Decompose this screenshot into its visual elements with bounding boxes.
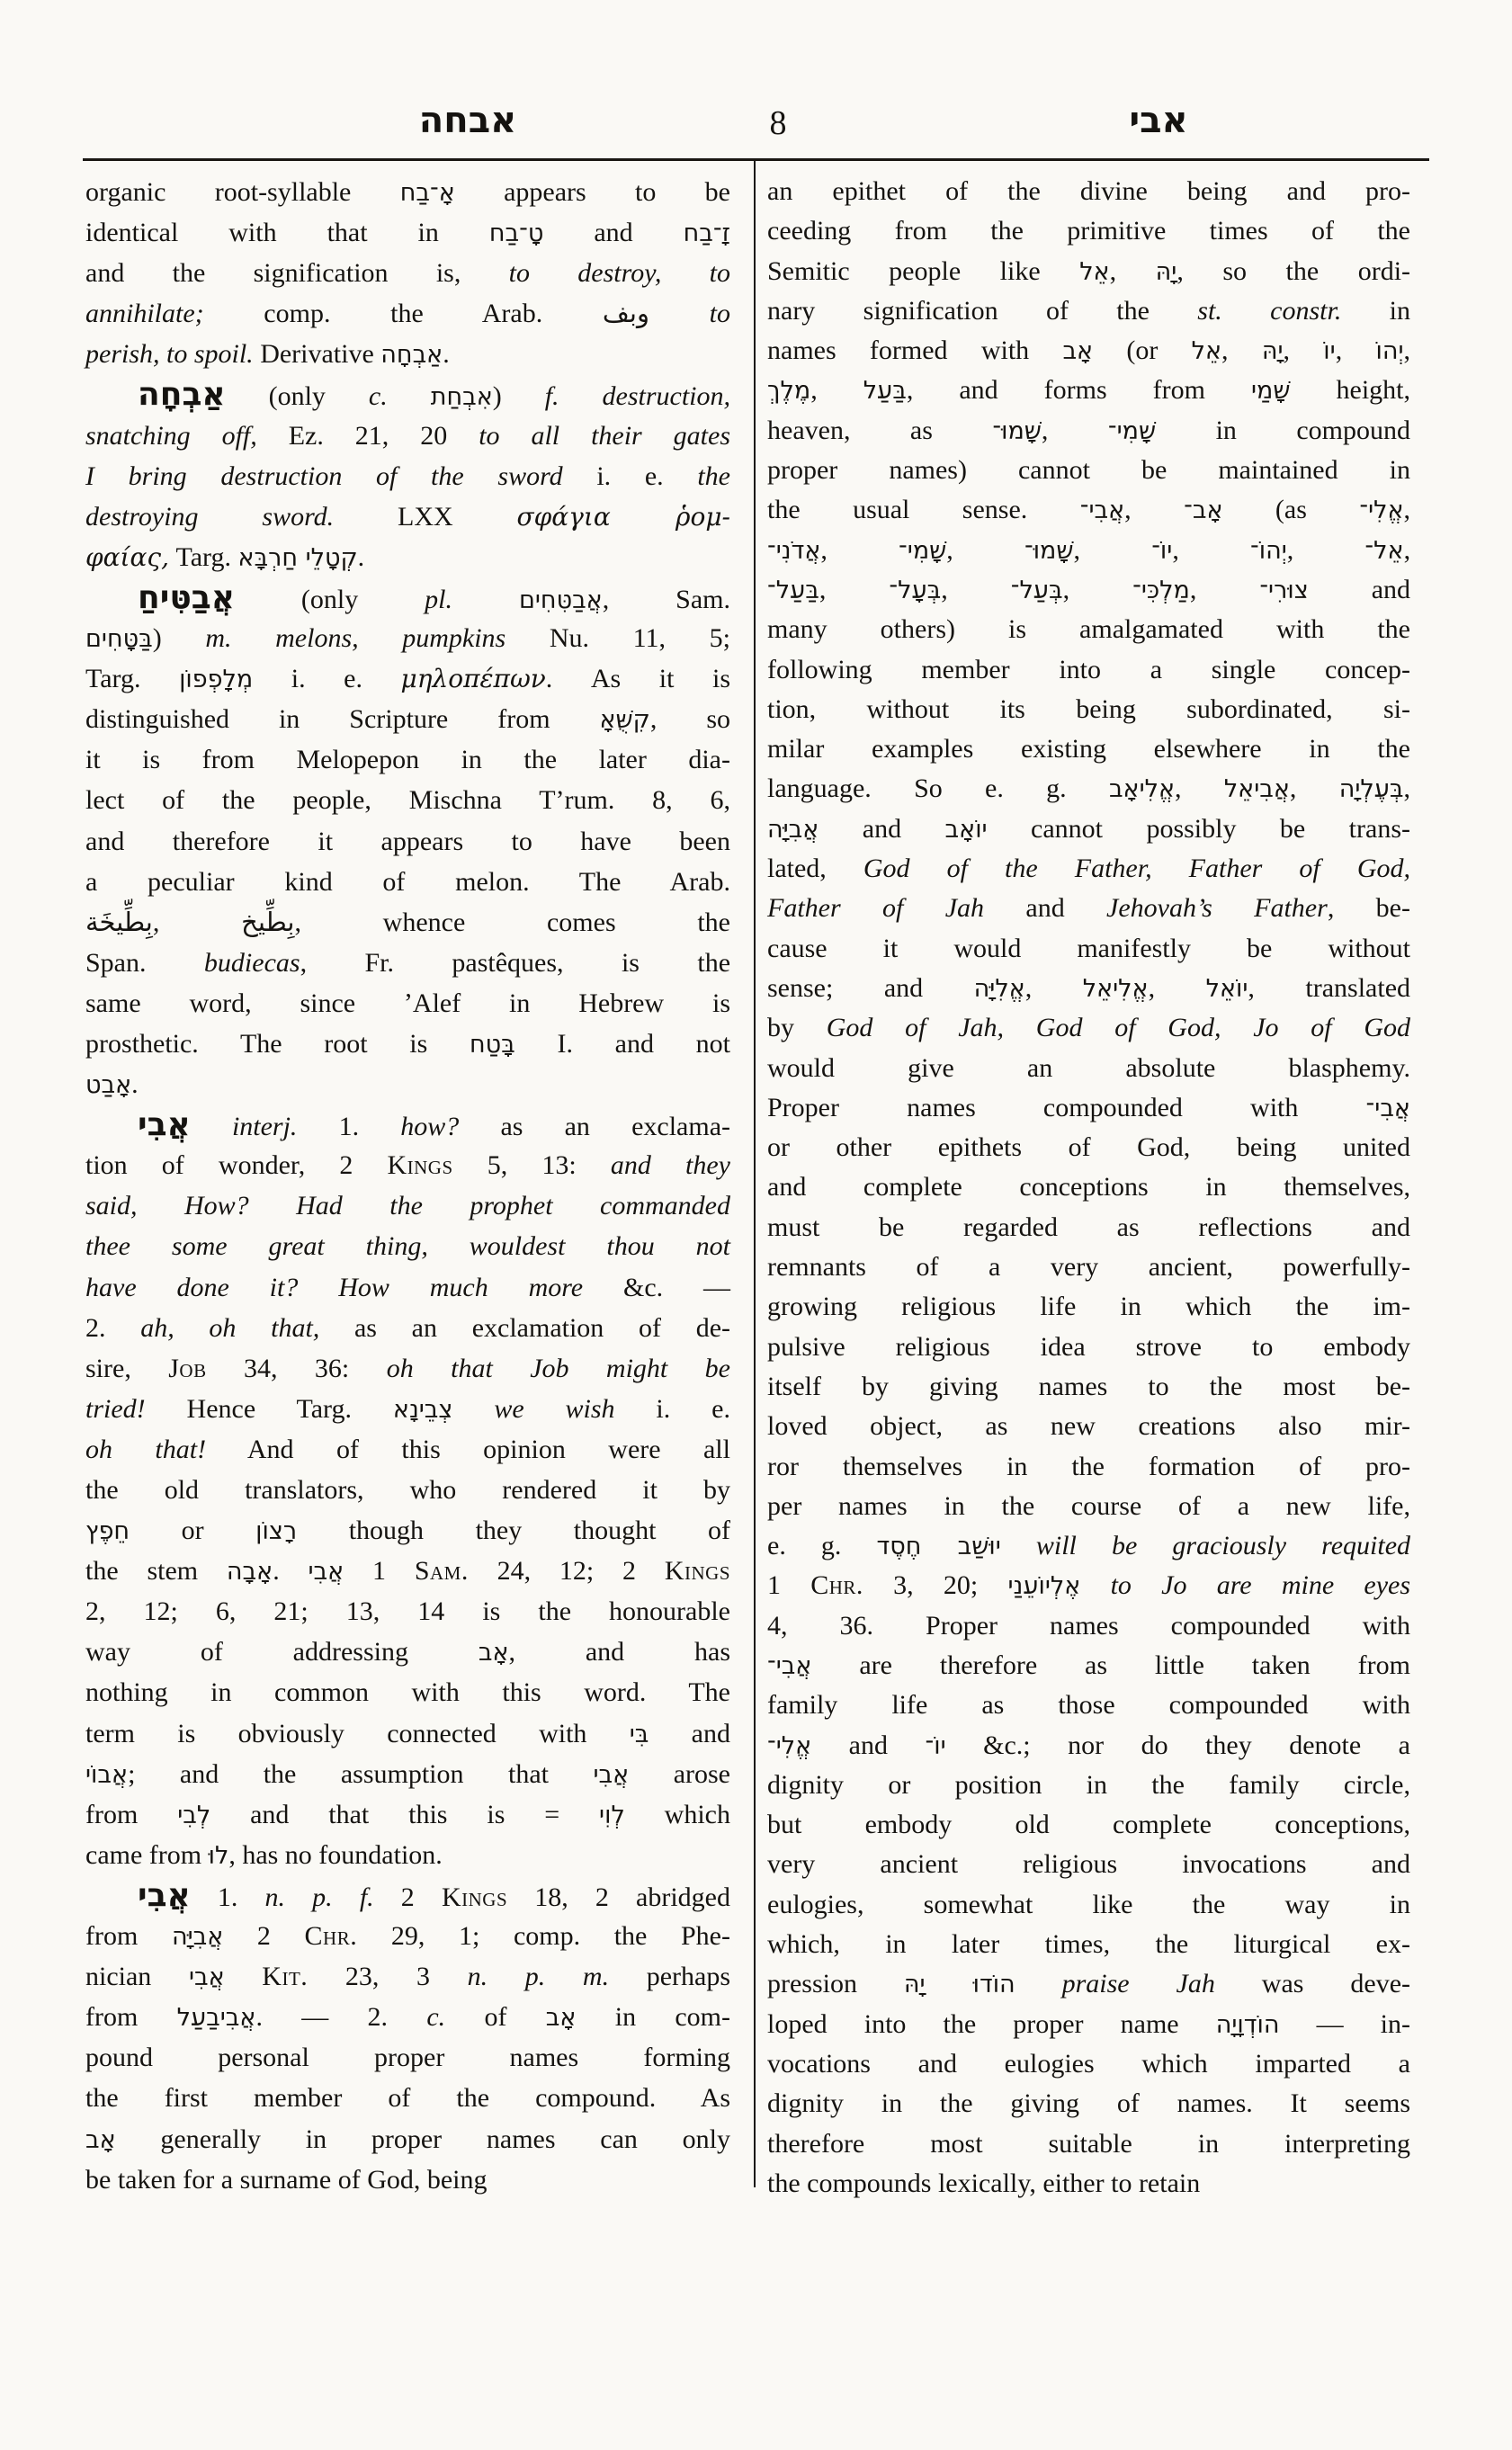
text-line: heaven, as שָׁמוּ־, שָׁמִי־ in compound (767, 411, 1410, 451)
text-line: אַבְחָה (only c. אִבְחַת) f. destruction… (85, 374, 730, 415)
text-line: which, in later times, the liturgical ex… (767, 1925, 1410, 1964)
text-line: the stem אָבָה. אֲבִי 1 Sam. 24, 12; 2 K… (85, 1551, 730, 1591)
text-line: lated, God of the Father, Father of God, (767, 849, 1410, 889)
hebrew-text: אֲבִיאֵל (1224, 775, 1290, 803)
text-line: pression הוֹדוּ יָהּ praise Jah was deve… (767, 1964, 1410, 2004)
text-run: 1. (297, 1112, 400, 1141)
hebrew-text: יְהוֹ (1375, 337, 1403, 365)
hebrew-text: אֶלְיוֹעֵנַי (1008, 1572, 1081, 1600)
text-line: have done it? How much more &c. — (85, 1267, 730, 1308)
text-run: family life as those compounded with (767, 1690, 1410, 1720)
hebrew-text: אָבַט (85, 1071, 131, 1099)
text-run: , (1221, 335, 1262, 365)
text-run: the compounds lexically, either to retai… (767, 2168, 1200, 2198)
hebrew-text: אֲדֹנִי־ (767, 537, 820, 565)
text-run: distinguished in Scripture from (85, 704, 600, 734)
smallcaps-reference: Sam. (415, 1556, 469, 1586)
hebrew-text: מַלְכִּי־ (1132, 577, 1190, 604)
text-line: would give an absolute blasphemy. (767, 1049, 1410, 1088)
text-line: same word, since ʼAlef in Hebrew is (85, 983, 730, 1024)
text-run: the first member of the compound. As (85, 2083, 730, 2113)
text-run: or (130, 1516, 255, 1545)
text-run: i. e. (615, 1394, 730, 1424)
hebrew-headword: אֲבִי (138, 1106, 191, 1143)
left-column: organic root-syllable אָ־בַח appears to … (85, 172, 730, 2200)
hebrew-text: אֲבִי־ (767, 1652, 811, 1680)
text-run: a peculiar kind of melon. The Arab. (85, 867, 730, 897)
text-line: annihilate; comp. the Arab. وبف to (85, 293, 730, 334)
text-run: from (85, 2002, 177, 2032)
text-line: destroying sword. LXX σφάγια ῥομ- (85, 496, 730, 537)
hebrew-text: מֶלֶךְ (767, 377, 810, 405)
text-run: , (1290, 773, 1339, 803)
text-line: the compounds lexically, either to retai… (767, 2164, 1410, 2204)
text-run: tion of wonder, 2 (85, 1150, 387, 1180)
hebrew-text: אָב (479, 1639, 509, 1667)
text-line: ceeding from the primitive times of the (767, 211, 1410, 251)
text-line: nary signification of the st. constr. in (767, 291, 1410, 331)
text-line: itself by giving names to the most be- (767, 1367, 1410, 1407)
italic-text: I bring destruction of the sword (85, 461, 563, 491)
text-run: — in- (1279, 2009, 1410, 2039)
text-line: tried! Hence Targ. צְבֵינָא we wish i. e… (85, 1389, 730, 1429)
italic-text: oh that Job might be (387, 1354, 730, 1383)
text-line: חֵפֶץ or רָצוֹן though they thought of (85, 1510, 730, 1551)
text-run: same word, since ʼAlef in Hebrew is (85, 988, 730, 1018)
text-run: 29, 1; comp. the Phe- (357, 1921, 730, 1951)
text-run: , so the ordi- (1176, 256, 1410, 286)
text-line: φαίας, Targ. קְטָלֵי חַרְבָּא. (85, 537, 730, 577)
text-line: tion of wonder, 2 Kings 5, 13: and they (85, 1145, 730, 1185)
text-run: height, (1291, 375, 1411, 405)
text-run: perhaps (609, 1962, 730, 1991)
text-line: be taken for a surname of God, being (85, 2159, 730, 2200)
text-run: 1 (344, 1556, 415, 1586)
hebrew-text: אָב (546, 2004, 577, 2032)
text-run: the old translators, who rendered it by (85, 1475, 730, 1505)
text-line: and therefore it appears to have been (85, 821, 730, 862)
text-run: 3, 20; (863, 1570, 1008, 1600)
hebrew-text: צוּרִי־ (1259, 577, 1308, 604)
hebrew-text: אֲבִיבַעַל (177, 2004, 256, 2032)
text-run: i. e. (253, 664, 400, 693)
text-run: And of this opinion were all (206, 1435, 730, 1464)
text-run: 4, 36. Proper names compounded with (767, 1611, 1410, 1641)
text-run: and (543, 218, 683, 247)
text-run: , Sam. (603, 585, 730, 614)
text-run: . (273, 1556, 308, 1586)
smallcaps-reference: Job (168, 1354, 206, 1383)
text-line: identical with that in טָ־בַח and זָ־בַח (85, 212, 730, 253)
text-line: אֲבַטִּיחַ (only pl. אֲבַטִּחִים, Sam. (85, 577, 730, 618)
text-run: the usual sense. (767, 495, 1080, 524)
italic-text: c. (426, 2002, 445, 2032)
text-run: arose (629, 1759, 730, 1789)
text-run: , (1110, 256, 1156, 286)
text-run: sire, (85, 1354, 168, 1383)
smallcaps-reference: Chr. (305, 1921, 358, 1951)
hebrew-text: יוּשַׁב חֶסֶד (877, 1533, 1001, 1560)
text-line: term is obviously connected with בִּי an… (85, 1713, 730, 1754)
text-line: 4, 36. Proper names compounded with (767, 1606, 1410, 1646)
greek-text: φαίας, (85, 542, 169, 572)
text-line: אֲדֹנִי־, שָׁמִי־, שָׁמוּ־, יוֹ־, יְהוֹ־… (767, 531, 1410, 570)
italic-text: st. constr. (1197, 296, 1341, 326)
text-run: ; and the assumption that (128, 1759, 593, 1789)
smallcaps-reference: Chr. (810, 1570, 863, 1600)
hebrew-text: שָׁמִי־ (1108, 417, 1156, 445)
text-run: 34, 36: (207, 1354, 387, 1383)
text-run: per names in the course of a new life, (767, 1491, 1410, 1521)
text-run: . (131, 1069, 139, 1099)
text-run: . — 2. (255, 2002, 426, 2032)
text-line: loped into the proper name הוֹדְוָיָה — … (767, 2005, 1410, 2044)
hebrew-text: אֲבַטִּחִים (519, 586, 603, 614)
text-run: ceeding from the primitive times of the (767, 216, 1410, 246)
text-line: an epithet of the divine being and pro- (767, 172, 1410, 211)
text-run: pulsive religious idea strove to embody (767, 1332, 1410, 1362)
text-run: milar examples existing elsewhere in the (767, 734, 1410, 764)
text-line: milar examples existing elsewhere in the (767, 729, 1410, 769)
text-line: I bring destruction of the sword i. e. t… (85, 456, 730, 496)
hebrew-text: אֵל־ (1364, 537, 1403, 565)
hebrew-text: יוֹאֵל (1206, 975, 1248, 1003)
text-line: oh that! And of this opinion were all (85, 1429, 730, 1470)
italic-text: m. melons, pumpkins (205, 623, 505, 653)
text-run: 1. (191, 1882, 265, 1912)
text-run: vocations and eulogies which imparted a (767, 2049, 1410, 2079)
text-run: lect of the people, Mischna T’rum. 8, 6, (85, 785, 730, 815)
text-run: 2. (85, 1313, 140, 1343)
text-line: names formed with אָב (or אֵל, יָהּ, יוֹ… (767, 331, 1410, 371)
text-run: , translated (1248, 973, 1410, 1003)
hebrew-text: בַּעַל־ (767, 577, 819, 604)
text-line: family life as those compounded with (767, 1685, 1410, 1725)
text-line: אֲבִי־ are therefore as little taken fro… (767, 1646, 1410, 1685)
text-line: Proper names compounded with אֲבִי־ (767, 1088, 1410, 1128)
hebrew-text: אֱלִי־ (767, 1732, 811, 1760)
text-run: would give an absolute blasphemy. (767, 1053, 1410, 1083)
text-run: , (1149, 973, 1206, 1003)
text-line: many others) is amalgamated with the (767, 610, 1410, 649)
italic-text: thee some great thing, wouldest thou not (85, 1231, 730, 1261)
text-line: language. So e. g. אֱלִיאָב, אֲבִיאֵל, ב… (767, 769, 1410, 809)
text-run: 5, 13: (453, 1150, 611, 1180)
text-run (452, 1394, 494, 1424)
hebrew-text: שָׁמוּ־ (1024, 537, 1074, 565)
text-line: the usual sense. אֲבִי־, אָב־ (as אֱלִי־… (767, 490, 1410, 530)
text-run: many others) is amalgamated with the (767, 614, 1410, 644)
text-run: must be regarded as reflections and (767, 1212, 1410, 1242)
hebrew-text: אֱלִי־ (1359, 496, 1403, 524)
text-run: remnants of a very ancient, powerfully- (767, 1252, 1410, 1282)
text-run: LXX (334, 502, 516, 532)
smallcaps-reference: Kit. (262, 1962, 308, 1991)
text-run: , Fr. pastêques, is the (300, 948, 730, 978)
italic-text: interj. (232, 1112, 298, 1141)
hebrew-text: בִּי (630, 1721, 649, 1748)
text-run: , (810, 375, 863, 405)
hebrew-text: אֵל (1079, 258, 1109, 286)
hebrew-text: זָ־בַח (684, 219, 730, 247)
text-run: Semitic people like (767, 256, 1079, 286)
hebrew-text: שָׁמִי־ (899, 537, 946, 565)
text-run: way of addressing (85, 1637, 479, 1667)
text-line: sense; and אֱלִיָּה, אֱלִיאֵל, יוֹאֵל, t… (767, 969, 1410, 1008)
hebrew-text: קִשֻּׁאָ (600, 706, 650, 734)
text-run: following member into a single concep- (767, 655, 1410, 684)
text-run: though they thought of (297, 1516, 730, 1545)
italic-text: budiecas (204, 948, 300, 978)
hebrew-text: אָבָה (227, 1558, 273, 1586)
arabic-text: وبف (603, 298, 649, 328)
greek-text: μηλοπέπων (401, 664, 546, 693)
text-run: , (1042, 416, 1108, 445)
text-run: identical with that in (85, 218, 489, 247)
hebrew-text: בָּטַח (470, 1031, 515, 1059)
italic-text: God of Jah, God of God, Jo of God (827, 1013, 1410, 1042)
dictionary-page: אבחה 8 אבי organic root-syllable אָ־בַח … (0, 0, 1512, 2450)
right-column: an epithet of the divine being and pro-c… (767, 172, 1410, 2204)
text-run: Derivative (254, 339, 381, 369)
text-run: and (1309, 575, 1410, 604)
text-line: tion, without its being subordinated, si… (767, 690, 1410, 729)
hebrew-text: אֵל (1192, 337, 1221, 365)
italic-text: to all their gates (479, 421, 730, 451)
text-run: Hence Targ. (146, 1394, 393, 1424)
text-run: which, in later times, the liturgical ex… (767, 1929, 1410, 1959)
text-line: vocations and eulogies which imparted a (767, 2044, 1410, 2084)
hebrew-text: אָב (1062, 337, 1093, 365)
text-run: &c. — (583, 1273, 730, 1302)
text-run: of (445, 2002, 546, 2032)
text-line: and the signification is, to destroy, to (85, 253, 730, 293)
hebrew-text: אֲבִי־ (1080, 496, 1124, 524)
text-run: e. g. (767, 1531, 877, 1560)
text-line: therefore most suitable in interpreting (767, 2124, 1410, 2164)
text-run: are therefore as little taken from (811, 1650, 1410, 1680)
hebrew-text: אֱלִיאָב (1109, 775, 1175, 803)
text-line: but embody old complete conceptions, (767, 1805, 1410, 1845)
text-line: pulsive religious idea strove to embody (767, 1328, 1410, 1367)
text-line: very ancient religious invocations and (767, 1845, 1410, 1884)
hebrew-text: יוֹ־ (925, 1732, 945, 1760)
hebrew-text: בְּעֶלְיָה (1339, 775, 1404, 803)
text-run: nothing in common with this word. The (85, 1677, 730, 1707)
hebrew-headword: אֲבַטִּיחַ (138, 579, 235, 616)
hebrew-text: יָהּ (1156, 258, 1177, 286)
text-run: names formed with (767, 335, 1062, 365)
text-line: distinguished in Scripture from קִשֻּׁאָ… (85, 699, 730, 739)
text-line: following member into a single concep- (767, 650, 1410, 690)
hebrew-text: בְּעָל־ (889, 577, 941, 604)
text-run: sense; and (767, 973, 974, 1003)
text-line: אָב generally in proper names can only (85, 2119, 730, 2159)
hebrew-text: אֱלִיאֵל (1083, 975, 1149, 1003)
text-line: prosthetic. The root is בָּטַח I. and no… (85, 1024, 730, 1064)
text-line: by God of Jah, God of God, Jo of God (767, 1008, 1410, 1048)
text-run: Nu. 11, 5; (505, 623, 730, 653)
text-run: , (1175, 773, 1224, 803)
text-run: an epithet of the divine being and pro- (767, 176, 1410, 206)
text-line: בַּעַל־, בְּעָל־, בְּעַל־, מַלְכִּי־, צו… (767, 570, 1410, 610)
text-line: sire, Job 34, 36: oh that Job might be (85, 1348, 730, 1389)
hebrew-text: יוֹ (1323, 337, 1335, 365)
text-line: and complete conceptions in themselves, (767, 1167, 1410, 1207)
hebrew-text: אֲבִיָּה (172, 1923, 223, 1951)
text-run: lated, (767, 854, 863, 883)
text-run: , (820, 535, 899, 565)
text-run: and (811, 1730, 925, 1760)
text-run: heaven, as (767, 416, 992, 445)
text-run: in (1341, 296, 1410, 326)
text-run: &c.; nor do they denote a (946, 1730, 1410, 1760)
text-run: therefore most suitable in interpreting (767, 2129, 1410, 2159)
hebrew-text: יוֹ־ (1151, 537, 1172, 565)
text-run: . As it is (546, 664, 730, 693)
text-run: but embody old complete conceptions, (767, 1810, 1410, 1839)
text-line: אֲבִי 1. n. p. f. 2 Kings 18, 2 abridged (85, 1875, 730, 1916)
text-line: proper names) cannot be maintained in (767, 451, 1410, 490)
italic-text: Jehovah’s Father (1106, 893, 1328, 923)
hebrew-headword: אַבְחָה (138, 376, 226, 413)
text-line: a peculiar kind of melon. The Arab. (85, 862, 730, 902)
text-line: eulogies, somewhat like the way in (767, 1885, 1410, 1925)
text-line: nician אֲבִי Kit. 23, 3 n. p. m. perhaps (85, 1956, 730, 1997)
text-run: it is from Melopepon in the later dia- (85, 745, 730, 774)
text-run: in com- (576, 2002, 730, 2032)
text-run: from (85, 1800, 177, 1829)
text-run (388, 381, 431, 411)
hebrew-headword: אֲבִי (138, 1877, 191, 1914)
text-line: e. g. יוּשַׁב חֶסֶד will be graciously r… (767, 1526, 1410, 1566)
italic-text: and they (611, 1150, 730, 1180)
text-run: , (1404, 495, 1411, 524)
italic-text: ah, oh that, (140, 1313, 319, 1343)
text-run: 2 (223, 1921, 304, 1951)
text-run (1001, 1531, 1036, 1560)
text-line: organic root-syllable אָ־בַח appears to … (85, 172, 730, 212)
text-line: way of addressing אָב, and has (85, 1632, 730, 1672)
text-line: nothing in common with this word. The (85, 1672, 730, 1712)
hebrew-text: רָצוֹן (255, 1517, 297, 1545)
italic-text: to destroy, to (509, 258, 730, 288)
smallcaps-reference: Kings (442, 1882, 507, 1912)
text-run: appears to be (455, 177, 730, 207)
text-line: per names in the course of a new life, (767, 1487, 1410, 1526)
hebrew-text: טָ־בַח (489, 219, 544, 247)
hebrew-text: אַבְחָה (380, 341, 443, 369)
hebrew-text: מְלָפְפוֹן (179, 666, 253, 693)
text-run (649, 299, 710, 328)
text-run: , has no foundation. (228, 1840, 442, 1870)
hebrew-text: צְבֵינָא (393, 1396, 453, 1424)
hebrew-text: שָׁמוּ־ (992, 417, 1042, 445)
text-line: the first member of the compound. As (85, 2078, 730, 2118)
italic-text: will be graciously requited (1036, 1531, 1410, 1560)
text-run: as an exclama- (459, 1112, 730, 1141)
text-line: Semitic people like אֵל, יָהּ, so the or… (767, 252, 1410, 291)
text-run: 1 (767, 1570, 810, 1600)
text-line: from אֲבִיבַעַל. — 2. c. of אָב in com- (85, 1997, 730, 2037)
text-run: Ez. 21, 20 (257, 421, 479, 451)
text-run: , and has (509, 1637, 731, 1667)
text-line: Targ. מְלָפְפוֹן i. e. μηλοπέπων. As it … (85, 658, 730, 699)
text-line: from לְבִי and that this is = לְוִי whic… (85, 1794, 730, 1835)
text-line: dignity or position in the family circle… (767, 1766, 1410, 1805)
text-run: (as (1223, 495, 1360, 524)
hebrew-text: בַּטָּחִים (85, 625, 153, 653)
italic-text: said, How? Had the prophet commanded (85, 1191, 730, 1221)
text-run: and therefore it appears to have been (85, 827, 730, 856)
text-run: , (1063, 575, 1132, 604)
text-run: cannot possibly be trans- (988, 814, 1410, 844)
text-run: growing religious life in which the im- (767, 1292, 1410, 1321)
hebrew-text: אִבְחַת (431, 383, 493, 411)
italic-text: snatching off, (85, 421, 257, 451)
running-head-right-keyword: אבי (1129, 97, 1187, 144)
column-divider (754, 161, 756, 2187)
hebrew-text: הוֹדוּ יָהּ (904, 1971, 1015, 1998)
hebrew-text: אֱלִיָּה (974, 975, 1025, 1003)
text-run: pound personal proper names forming (85, 2043, 730, 2072)
text-line: loved object, as new creations also mir- (767, 1407, 1410, 1446)
text-run: eulogies, somewhat like the way in (767, 1890, 1410, 1919)
italic-text: have done it? How much more (85, 1273, 583, 1302)
text-run: term is obviously connected with (85, 1719, 630, 1748)
text-line: from אֲבִיָּה 2 Chr. 29, 1; comp. the Ph… (85, 1916, 730, 1956)
text-run: Proper names compounded with (767, 1093, 1366, 1122)
text-run: , (1404, 335, 1411, 365)
text-run (191, 1112, 232, 1141)
text-run: and the signification is, (85, 258, 509, 288)
text-line: אֱלִי־ and יוֹ־ &c.; nor do they denote … (767, 1726, 1410, 1766)
text-run: generally in proper names can only (116, 2124, 730, 2154)
text-run: , (1025, 973, 1083, 1003)
text-line: the old translators, who rendered it by (85, 1470, 730, 1510)
text-run: or other epithets of God, being united (767, 1132, 1410, 1162)
text-run: , (153, 908, 241, 937)
italic-text: the (697, 461, 730, 491)
hebrew-text: אֲבִי (594, 1761, 630, 1789)
text-run (452, 585, 519, 614)
text-run: , so (650, 704, 730, 734)
text-run: the stem (85, 1556, 227, 1586)
text-run: and (984, 893, 1106, 923)
text-run: I. and not (515, 1029, 730, 1059)
italic-text: to (710, 299, 730, 328)
text-run: Targ. (85, 664, 179, 693)
text-line: came from לוּ, has no foundation. (85, 1835, 730, 1875)
text-run: 23, 3 (308, 1962, 467, 1991)
hebrew-text: לְבִי (177, 1802, 210, 1829)
hebrew-text: אֲבִי (309, 1558, 344, 1586)
text-line: cause it would manifestly be without (767, 929, 1410, 969)
text-run: loped into the proper name (767, 2009, 1216, 2039)
text-run: ) (493, 381, 545, 411)
italic-text: oh that! (85, 1435, 206, 1464)
text-run: , be- (1328, 893, 1410, 923)
text-run: , (946, 535, 1024, 565)
text-run: tion, without its being subordinated, si… (767, 694, 1410, 724)
hebrew-text: שָׁמַי (1251, 377, 1291, 405)
text-line: אֲבוֹי; and the assumption that אֲבִי ar… (85, 1754, 730, 1794)
arabic-text: بِطِّيخَة (85, 907, 153, 937)
text-line: growing religious life in which the im- (767, 1287, 1410, 1327)
hebrew-text: לוּ (209, 1842, 229, 1870)
text-run: be taken for a surname of God, being (85, 2165, 488, 2195)
hebrew-text: חֵפֶץ (85, 1517, 130, 1545)
